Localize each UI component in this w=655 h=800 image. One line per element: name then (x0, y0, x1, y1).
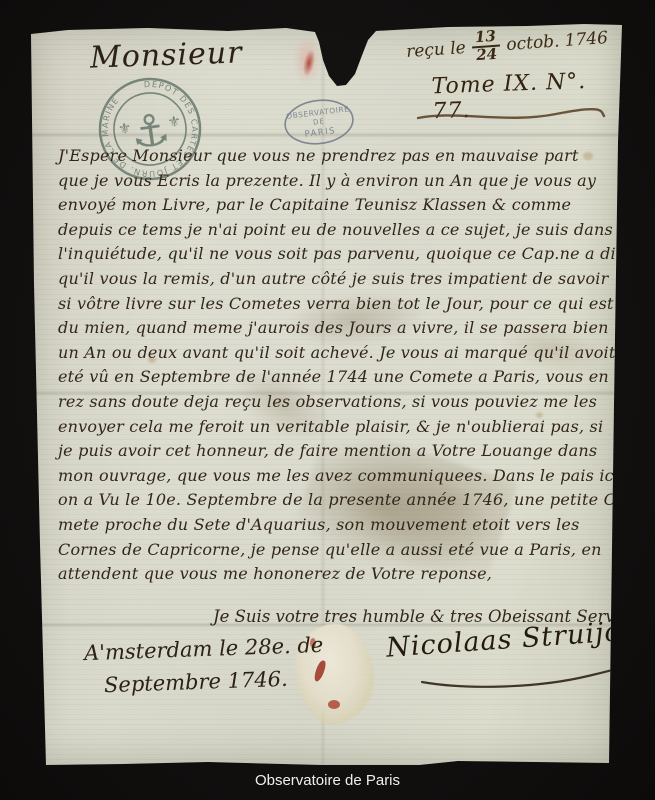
fleur-de-lis-icon: ⚜ (117, 119, 133, 139)
letter-line: Cornes de Capricorne, je pense qu'elle a… (58, 538, 610, 563)
letter-line: rez sans doute deja reçu les observation… (58, 390, 610, 415)
obs-stamp-line2: DE (313, 117, 326, 126)
fraction-denominator: 24 (476, 46, 498, 63)
salutation: Monsieur (89, 35, 243, 75)
letter-line: du mien, quand meme j'aurois des Jours a… (58, 316, 610, 341)
underline-flourish (416, 106, 606, 126)
letter-line: que je vous Ecris la prezente. Il y à en… (58, 169, 610, 194)
received-suffix: octob. 1746 (506, 28, 609, 55)
letter-line: qu'il vous la remis, d'un autre côté je … (58, 267, 610, 292)
photo-caption: Observatoire de Paris (0, 772, 655, 789)
received-date-annotation: reçu le 13 24 octob. 1746 (405, 21, 609, 69)
date-fraction: 13 24 (470, 29, 501, 64)
received-prefix: reçu le (406, 38, 467, 62)
place-date-line1: A'msterdam le 28e. de (84, 633, 324, 665)
letter-line: on a Vu le 10e. Septembre de la presente… (58, 488, 610, 513)
letter-line: mon ouvrage, que vous me les avez commun… (58, 464, 610, 489)
letter-line: attendent que vous me hononerez de Votre… (58, 562, 610, 587)
signature-flourish (418, 664, 618, 690)
letter-line: un An ou deux avant qu'il soit achevé. J… (58, 341, 610, 366)
letter-line: depuis ce tems je n'ai point eu de nouve… (58, 218, 610, 243)
letter-sheet: DEPOT DES CARTES ET JOURN. DE LA MARINE … (28, 24, 622, 765)
letter-line: je puis avoir cet honneur, de faire ment… (58, 439, 610, 464)
letter-line: envoyé mon Livre, par le Capitaine Teuni… (58, 193, 610, 218)
observatoire-oval-stamp: OBSERVATOIRE DE PARIS (279, 94, 358, 151)
wax-seal-red-fleck (328, 700, 340, 709)
letter-line: eté vû en Septembre de l'année 1744 une … (58, 365, 610, 390)
photo-of-letter: { "photo": { "caption": "Observatoire de… (0, 0, 655, 800)
place-date-line2: Septembre 1746. (104, 667, 288, 697)
letter-body: J'Espere Monsieur que vous ne prendrez p… (58, 144, 610, 587)
obs-stamp-line3: PARIS (304, 126, 336, 140)
letter-line: l'inquiétude, qu'il ne vous soit pas par… (58, 242, 610, 267)
letter-line: J'Espere Monsieur que vous ne prendrez p… (58, 144, 610, 169)
letter-line: envoyer cela me feroit un veritable plai… (58, 415, 610, 440)
fleur-de-lis-icon: ⚜ (166, 112, 182, 132)
letter-line: si vôtre livre sur les Cometes verra bie… (58, 292, 610, 317)
letter-line: mete proche du Sete d'Aquarius, son mouv… (58, 513, 610, 538)
